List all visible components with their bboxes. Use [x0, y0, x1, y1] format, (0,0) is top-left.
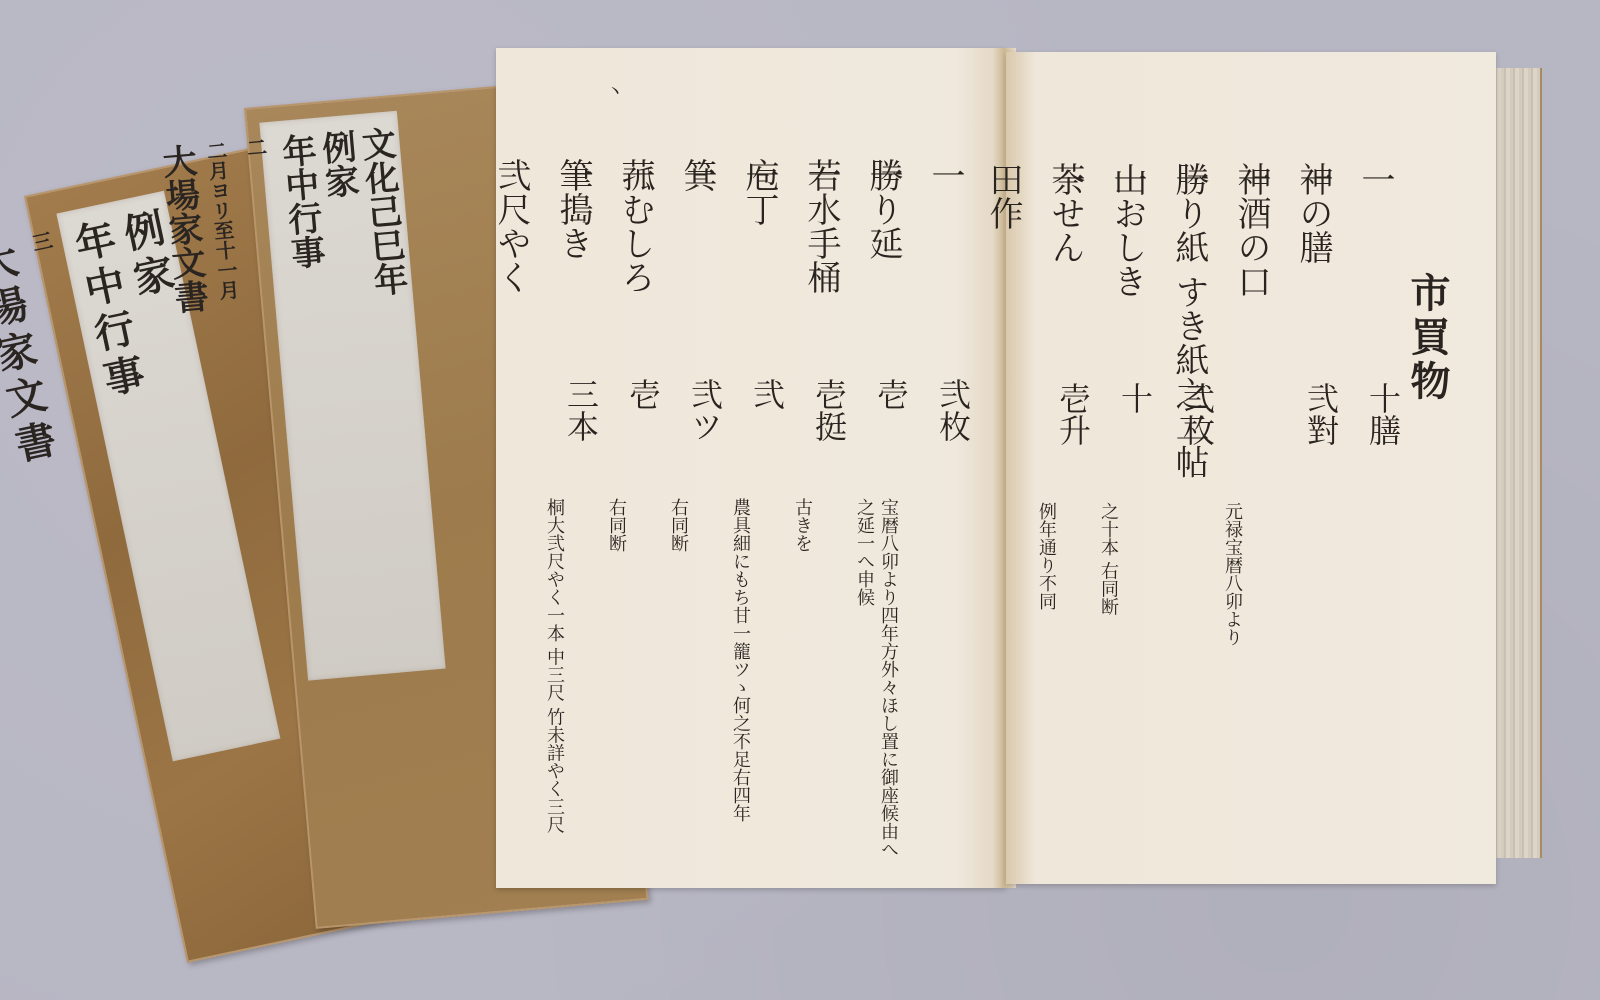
list-item: 一 菰むしろ 弐ツ 右同断	[666, 158, 728, 858]
page-block-edge	[1492, 68, 1542, 858]
item-note: 古きを	[790, 498, 814, 552]
list-item: 一 神酒の口 弐對	[1282, 162, 1344, 854]
item-quantity: 十	[1104, 382, 1166, 414]
item-quantity: 十膳	[1352, 382, 1414, 446]
item-note: 桐大弐尺やく一本 中三尺 竹未詳やく三尺	[542, 498, 566, 833]
item-quantity: 壱	[860, 378, 922, 410]
item-mark: 一	[1158, 162, 1220, 854]
list-item: 一 神の膳 十膳	[1344, 162, 1406, 854]
list-item: 一 弐尺やく 三本 桐大弐尺やく一本 中三尺 竹未詳やく三尺	[542, 158, 604, 858]
item-note: 宝暦八卯より四年方外々ほし置に御座候由へ之延一へ申候	[852, 498, 900, 858]
page-mark: 丶	[606, 78, 624, 104]
list-item: 一 田作 壱升 例年通り不同	[1034, 162, 1096, 854]
item-quantity: 三本	[550, 378, 612, 442]
right-page-entries: 一 神の膳 十膳 一 神酒の口 弐對 一 勝り紙 すき紙之二帖 元禄宝暦八卯より…	[1026, 162, 1406, 854]
left-page: 丶 一 勝り延 弐枚 一 若水手桶 壱 宝暦八卯より四年方外々ほし置に御座候由へ…	[496, 48, 1006, 888]
left-page-entries: 一 勝り延 弐枚 一 若水手桶 壱 宝暦八卯より四年方外々ほし置に御座候由へ之延…	[526, 158, 976, 858]
list-item: 一 茶せん 十 之十本 右同断	[1096, 162, 1158, 854]
item-quantity: 弐對	[1290, 382, 1352, 446]
open-book: 丶 一 勝り延 弐枚 一 若水手桶 壱 宝暦八卯より四年方外々ほし置に御座候由へ…	[496, 48, 1542, 888]
item-quantity: 壱	[612, 378, 674, 410]
list-item: 一 庖丁 壱挺 古きを	[790, 158, 852, 858]
item-name: 田作	[972, 162, 1034, 854]
item-mark: 一	[1344, 162, 1406, 854]
item-mark: 一	[1282, 162, 1344, 854]
list-item: 一 山おしき 弐枚	[1158, 162, 1220, 854]
item-quantity: 壱挺	[798, 378, 860, 442]
list-item: 一 若水手桶 壱 宝暦八卯より四年方外々ほし置に御座候由へ之延一へ申候	[852, 158, 914, 858]
item-name: 弐尺やく	[480, 158, 542, 858]
list-item: 一 箕 弐 農具細にもち甘一籠ツゝ何之不足右四年	[728, 158, 790, 858]
item-note: 右同断	[666, 498, 690, 552]
item-note: 之十本 右同断	[1096, 502, 1120, 616]
item-quantity: 弐	[736, 378, 798, 410]
item-quantity: 弐枚	[1166, 382, 1228, 446]
list-item: 一 勝り延 弐枚	[914, 158, 976, 858]
item-note: 農具細にもち甘一籠ツゝ何之不足右四年	[728, 498, 752, 822]
title-slip-volume-2: 文化己巳年 例家 年中行事 二 二月ヨリ至十一月 大場家文書	[259, 111, 445, 681]
item-quantity: 壱升	[1042, 382, 1104, 446]
item-note: 元禄宝暦八卯より	[1220, 502, 1244, 646]
item-note: 例年通り不同	[1034, 502, 1058, 610]
item-quantity: 弐ツ	[674, 378, 736, 442]
item-note: 右同断	[604, 498, 628, 552]
right-page: 市買物 一 神の膳 十膳 一 神酒の口 弐對 一 勝り紙 すき紙之二帖 元禄宝暦…	[1006, 52, 1496, 884]
item-mark: 一	[914, 158, 976, 858]
list-item: 一 勝り紙 すき紙之二帖 元禄宝暦八卯より	[1220, 162, 1282, 854]
list-item: 一 筆搗き 壱 右同断	[604, 158, 666, 858]
